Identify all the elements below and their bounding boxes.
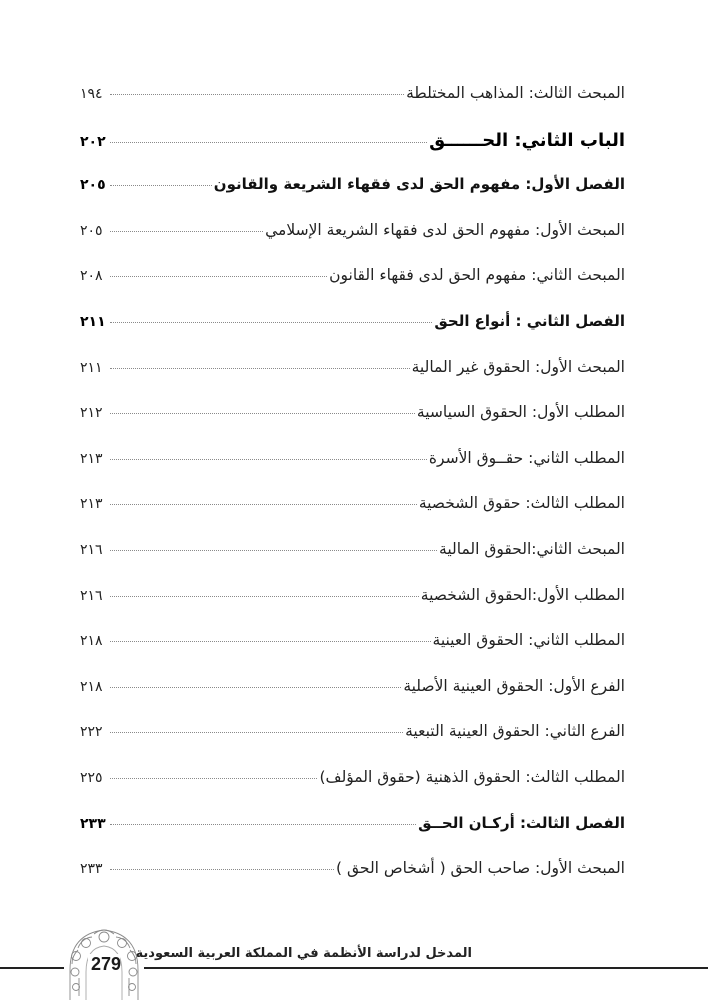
toc-entry-title: المبحث الأول: صاحب الحق ( أشخاص الحق ) bbox=[336, 859, 625, 877]
dot-leader bbox=[110, 504, 417, 505]
toc-entry-title: المطلب الثالث: حقوق الشخصية bbox=[419, 494, 625, 512]
toc-entry-title: المطلب الثالث: الحقوق الذهنية (حقوق المؤ… bbox=[319, 768, 625, 786]
toc-entry: المبحث الأول: صاحب الحق ( أشخاص الحق ) ٢… bbox=[80, 859, 625, 905]
toc-entry-page: ٢١٣ bbox=[80, 496, 108, 512]
footer-book-title: المدخل لدراسة الأنظمة في المملكة العربية… bbox=[136, 946, 472, 961]
toc-entry: المطلب الثالث: الحقوق الذهنية (حقوق المؤ… bbox=[80, 768, 625, 814]
dot-leader bbox=[110, 142, 427, 143]
table-of-contents: المبحث الثالث: المذاهب المختلطة ١٩٤ البا… bbox=[80, 84, 625, 905]
toc-entry-title: المبحث الأول: مفهوم الحق لدى فقهاء الشري… bbox=[265, 221, 625, 239]
dot-leader bbox=[110, 459, 427, 460]
toc-entry-title: الفصل الثاني : أنواع الحق bbox=[434, 312, 625, 330]
toc-entry-page: ٢١٣ bbox=[80, 451, 108, 467]
dot-leader bbox=[110, 276, 327, 277]
toc-entry-page: ٢١٦ bbox=[80, 542, 108, 558]
toc-entry: المطلب الثاني: الحقوق العينية ٢١٨ bbox=[80, 631, 625, 677]
toc-entry-title: المبحث الثاني:الحقوق المالية bbox=[439, 540, 625, 558]
toc-entry: المبحث الثاني: مفهوم الحق لدى فقهاء القا… bbox=[80, 266, 625, 312]
toc-entry-title: المبحث الثالث: المذاهب المختلطة bbox=[406, 84, 625, 102]
toc-entry-page: ٢١١ bbox=[80, 314, 108, 330]
dot-leader bbox=[110, 185, 212, 186]
dot-leader bbox=[110, 687, 401, 688]
toc-entry-title: المبحث الأول: الحقوق غير المالية bbox=[412, 358, 625, 376]
toc-entry-page: ١٩٤ bbox=[80, 86, 108, 102]
toc-entry-page: ٢١٢ bbox=[80, 405, 108, 421]
dot-leader bbox=[110, 596, 419, 597]
toc-entry-part: الباب الثاني: الحــــــق ٢٠٢ bbox=[80, 130, 625, 176]
toc-entry: المطلب الأول: الحقوق السياسية ٢١٢ bbox=[80, 403, 625, 449]
toc-entry: المبحث الثالث: المذاهب المختلطة ١٩٤ bbox=[80, 84, 625, 130]
dot-leader bbox=[110, 368, 410, 369]
page-number: 279 bbox=[89, 954, 123, 975]
toc-entry: المبحث الثاني:الحقوق المالية ٢١٦ bbox=[80, 540, 625, 586]
dot-leader bbox=[110, 824, 416, 825]
toc-entry-chapter: الفصل الثالث: أركـان الحــق ٢٣٣ bbox=[80, 814, 625, 860]
toc-entry-title: الباب الثاني: الحــــــق bbox=[429, 130, 625, 151]
toc-entry-page: ٢٣٣ bbox=[80, 816, 108, 832]
toc-entry-page: ٢٠٨ bbox=[80, 268, 108, 284]
toc-entry-title: المطلب الثاني: الحقوق العينية bbox=[433, 631, 625, 649]
toc-entry-page: ٢١٨ bbox=[80, 679, 108, 695]
dot-leader bbox=[110, 778, 317, 779]
dot-leader bbox=[110, 732, 403, 733]
toc-entry-title: المطلب الثاني: حقــوق الأسرة bbox=[429, 449, 625, 467]
toc-entry-page: ٢١٦ bbox=[80, 588, 108, 604]
dot-leader bbox=[110, 869, 334, 870]
toc-entry-page: ٢٢٥ bbox=[80, 770, 108, 786]
toc-entry-title: الفرع الثاني: الحقوق العينية التبعية bbox=[405, 722, 625, 740]
toc-entry: الفرع الثاني: الحقوق العينية التبعية ٢٢٢ bbox=[80, 722, 625, 768]
toc-entry-page: ٢١١ bbox=[80, 360, 108, 376]
toc-entry-chapter: الفصل الأول: مفهوم الحق لدى فقهاء الشريع… bbox=[80, 175, 625, 221]
toc-entry-page: ٢٠٥ bbox=[80, 177, 108, 193]
toc-entry: الفرع الأول: الحقوق العينية الأصلية ٢١٨ bbox=[80, 677, 625, 723]
toc-entry-title: المطلب الأول: الحقوق السياسية bbox=[417, 403, 625, 421]
toc-entry-title: المبحث الثاني: مفهوم الحق لدى فقهاء القا… bbox=[329, 266, 625, 284]
toc-entry-page: ٢٢٢ bbox=[80, 724, 108, 740]
toc-entry: المبحث الأول: الحقوق غير المالية ٢١١ bbox=[80, 358, 625, 404]
toc-entry: المطلب الثالث: حقوق الشخصية ٢١٣ bbox=[80, 494, 625, 540]
toc-entry-page: ٢٠٢ bbox=[80, 134, 108, 150]
toc-entry: المبحث الأول: مفهوم الحق لدى فقهاء الشري… bbox=[80, 221, 625, 267]
toc-entry-chapter: الفصل الثاني : أنواع الحق ٢١١ bbox=[80, 312, 625, 358]
toc-entry: المطلب الثاني: حقــوق الأسرة ٢١٣ bbox=[80, 449, 625, 495]
toc-entry-page: ٢٣٣ bbox=[80, 861, 108, 877]
toc-entry-title: الفصل الثالث: أركـان الحــق bbox=[418, 814, 625, 832]
dot-leader bbox=[110, 550, 437, 551]
dot-leader bbox=[110, 322, 432, 323]
toc-entry-page: ٢١٨ bbox=[80, 633, 108, 649]
dot-leader bbox=[110, 413, 415, 414]
dot-leader bbox=[110, 231, 263, 232]
dot-leader bbox=[110, 94, 404, 95]
toc-entry-title: الفصل الأول: مفهوم الحق لدى فقهاء الشريع… bbox=[214, 175, 625, 193]
toc-entry-title: الفرع الأول: الحقوق العينية الأصلية bbox=[403, 677, 625, 695]
toc-entry-title: المطلب الأول:الحقوق الشخصية bbox=[421, 586, 625, 604]
toc-entry: المطلب الأول:الحقوق الشخصية ٢١٦ bbox=[80, 586, 625, 632]
dot-leader bbox=[110, 641, 431, 642]
toc-entry-page: ٢٠٥ bbox=[80, 223, 108, 239]
